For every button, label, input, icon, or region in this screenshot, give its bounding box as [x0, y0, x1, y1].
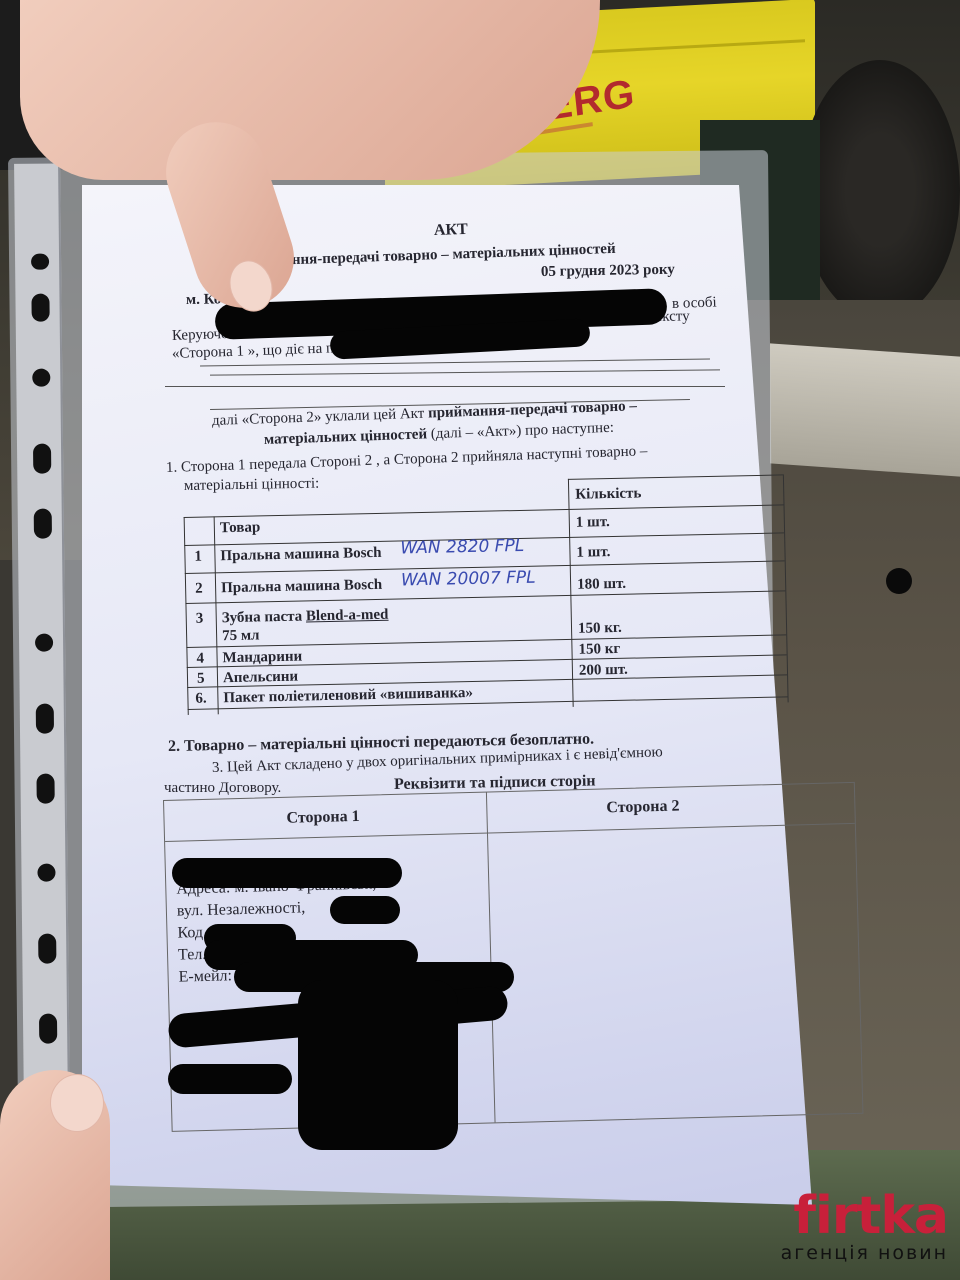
redaction-blob	[298, 980, 458, 1150]
party1-header: Сторона 1	[286, 808, 360, 828]
row-2-handwritten-model: WAN 20007 FPL	[401, 568, 536, 591]
row-5-num: 5	[197, 671, 205, 688]
row-3-item: Зубна паста Blend-a-med	[222, 607, 389, 627]
row-3-quantity: 180 шт.	[577, 576, 626, 594]
document-date: 05 грудня 2023 року	[541, 262, 675, 281]
table-border	[568, 474, 783, 480]
row-1-num: 1	[194, 549, 202, 566]
table-border	[165, 823, 855, 842]
thumbnail-lower	[50, 1074, 104, 1132]
header-quantity: Кількість	[575, 485, 642, 503]
row-2-item: Пральна машина Bosch	[221, 577, 382, 597]
clause3-line2: частино Договору.	[164, 780, 281, 797]
items-table: Кількість Товар 1 Пральна машина Bosch W…	[183, 474, 788, 715]
logo-tagline: агенція новин	[781, 1242, 948, 1264]
row-2-quantity: 1 шт.	[576, 544, 610, 562]
table-border	[184, 517, 189, 715]
row-3-item-line2: 75 мл	[222, 627, 260, 645]
row-3-item-text: Зубна паста	[222, 609, 303, 627]
redaction-bar	[168, 1064, 292, 1094]
party2-header: Сторона 2	[606, 797, 680, 817]
row-6-quantity: 200 шт.	[579, 662, 628, 680]
row-5-item: Апельсини	[223, 669, 298, 688]
blank-line	[165, 386, 725, 387]
row-1-handwritten-model: WAN 2820 FPL	[400, 536, 524, 559]
redaction-bar	[330, 896, 400, 924]
table-border	[568, 479, 574, 707]
document: АКТ приймання-передачі товарно – матеріа…	[0, 0, 960, 1280]
document-title: АКТ	[434, 221, 468, 240]
row-3-num: 3	[196, 611, 204, 628]
logo-brand: firtka	[781, 1190, 948, 1242]
table-row-header	[184, 504, 784, 518]
row-4-quantity: 150 кг.	[578, 620, 622, 638]
party1-code-label: Код	[177, 924, 203, 943]
table-border	[783, 474, 789, 702]
party1-email-label: Е-мейл:	[178, 967, 232, 986]
watermark-logo: firtka агенція новин	[781, 1190, 948, 1264]
party2-line2-text: (далі – «Акт») про наступне:	[431, 420, 615, 442]
row-3-item-brand: Blend-a-med	[306, 607, 389, 625]
blank-line	[200, 358, 710, 366]
row-1-quantity: 1 шт.	[576, 514, 610, 532]
party1-address-line2: вул. Незалежності,	[177, 899, 306, 920]
holding-hand	[20, 0, 600, 180]
row-5-quantity: 150 кг	[578, 641, 620, 659]
row-4-item: Мандарини	[222, 649, 302, 668]
table-border	[486, 793, 496, 1123]
header-item: Товар	[220, 519, 261, 537]
clause1-line1: 1. Сторона 1 передала Стороні 2 , а Стор…	[166, 443, 648, 477]
table-row	[186, 634, 786, 648]
table-border	[214, 516, 219, 714]
party2-bold-text: приймання-передачі товарно –	[428, 398, 637, 421]
blank-line	[210, 369, 720, 375]
row-6-num: 6.	[195, 691, 207, 708]
party1-phone-label: Тел.	[178, 946, 207, 965]
party2-bold-line2: матеріальних цінностей	[264, 426, 428, 448]
redaction-bar	[172, 858, 402, 888]
row-4-num: 4	[196, 651, 204, 668]
row-1-item: Пральна машина Bosch	[220, 545, 381, 565]
row-2-num: 2	[195, 581, 203, 598]
